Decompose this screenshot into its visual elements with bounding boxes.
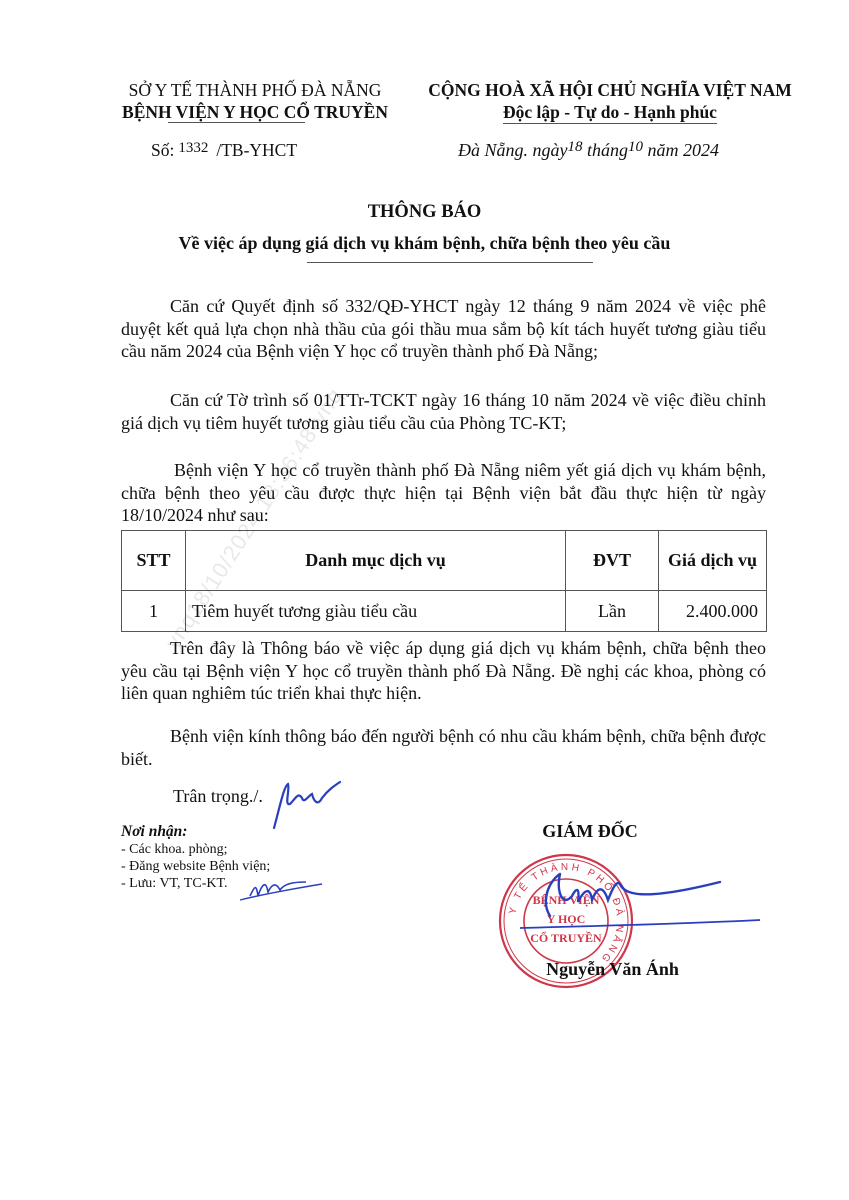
issuing-org-block: SỞ Y TẾ THÀNH PHỐ ĐÀ NẴNG BỆNH VIỆN Y HỌ… [90, 80, 420, 123]
parent-org: SỞ Y TẾ THÀNH PHỐ ĐÀ NẴNG [90, 80, 420, 101]
date-day: 18 [568, 139, 583, 155]
document-title: THÔNG BÁO [0, 202, 849, 223]
svg-text:CỔ TRUYỀN: CỔ TRUYỀN [530, 930, 602, 945]
closing-phrase: Trân trọng./. [173, 786, 263, 807]
nation-title: CỘNG HOÀ XÃ HỘI CHỦ NGHĨA VIỆT NAM [400, 80, 820, 101]
col-stt: STT [122, 531, 186, 591]
paragraph-announcement: Bệnh viện Y học cổ truyền thành phố Đà N… [121, 459, 766, 527]
svg-text:BỆNH VIỆN: BỆNH VIỆN [533, 893, 600, 907]
col-unit: ĐVT [566, 531, 659, 591]
signer-name: Nguyễn Văn Ánh [520, 959, 705, 980]
org-name: BỆNH VIỆN Y HỌC CỔ TRUYỀN [90, 101, 420, 123]
initial-signature-icon [266, 776, 346, 836]
place-prefix: Đà Nẵng. ngày [458, 140, 568, 160]
recipient-item: - Các khoa. phòng; [121, 841, 270, 858]
recipients-title: Nơi nhận: [121, 823, 270, 841]
national-motto: Độc lập - Tự do - Hạnh phúc [503, 101, 717, 124]
paragraph-legal-basis-1: Căn cứ Quyết định số 332/QĐ-YHCT ngày 12… [121, 295, 766, 363]
date-year: năm 2024 [648, 140, 720, 160]
svg-text:Y HỌC: Y HỌC [547, 912, 586, 926]
cell-service: Tiêm huyết tương giàu tiểu cầu [186, 591, 566, 632]
doc-number: 1332 [178, 140, 208, 156]
cell-price: 2.400.000 [659, 591, 767, 632]
col-price: Giá dịch vụ [659, 531, 767, 591]
paragraph-legal-basis-2: Căn cứ Tờ trình số 01/TTr-TCKT ngày 16 t… [121, 389, 766, 434]
place-and-date: Đà Nẵng. ngày18 tháng10 năm 2024 [458, 140, 719, 161]
doc-number-label: Số: [151, 140, 174, 160]
subtitle-underline [307, 262, 593, 263]
paragraph-conclusion: Trên đây là Thông báo về việc áp dụng gi… [121, 637, 766, 705]
date-month: 10 [628, 139, 643, 155]
recipient-item: - Đăng website Bệnh viện; [121, 858, 270, 875]
month-label: tháng [587, 140, 628, 160]
paragraph-notice: Bệnh viện kính thông báo đến người bệnh … [121, 725, 766, 770]
org-underline [168, 122, 305, 123]
signer-role: GIÁM ĐỐC [490, 821, 690, 842]
document-subtitle: Về việc áp dụng giá dịch vụ khám bệnh, c… [0, 233, 849, 254]
cell-unit: Lần [566, 591, 659, 632]
recipient-item: - Lưu: VT, TC-KT. [121, 875, 270, 892]
doc-number-suffix: /TB-YHCT [216, 140, 297, 160]
document-number: Số:1332/TB-YHCT [151, 140, 297, 161]
recipients-block: Nơi nhận: - Các khoa. phòng; - Đăng webs… [121, 823, 270, 892]
national-header-block: CỘNG HOÀ XÃ HỘI CHỦ NGHĨA VIỆT NAM Độc l… [400, 80, 820, 124]
